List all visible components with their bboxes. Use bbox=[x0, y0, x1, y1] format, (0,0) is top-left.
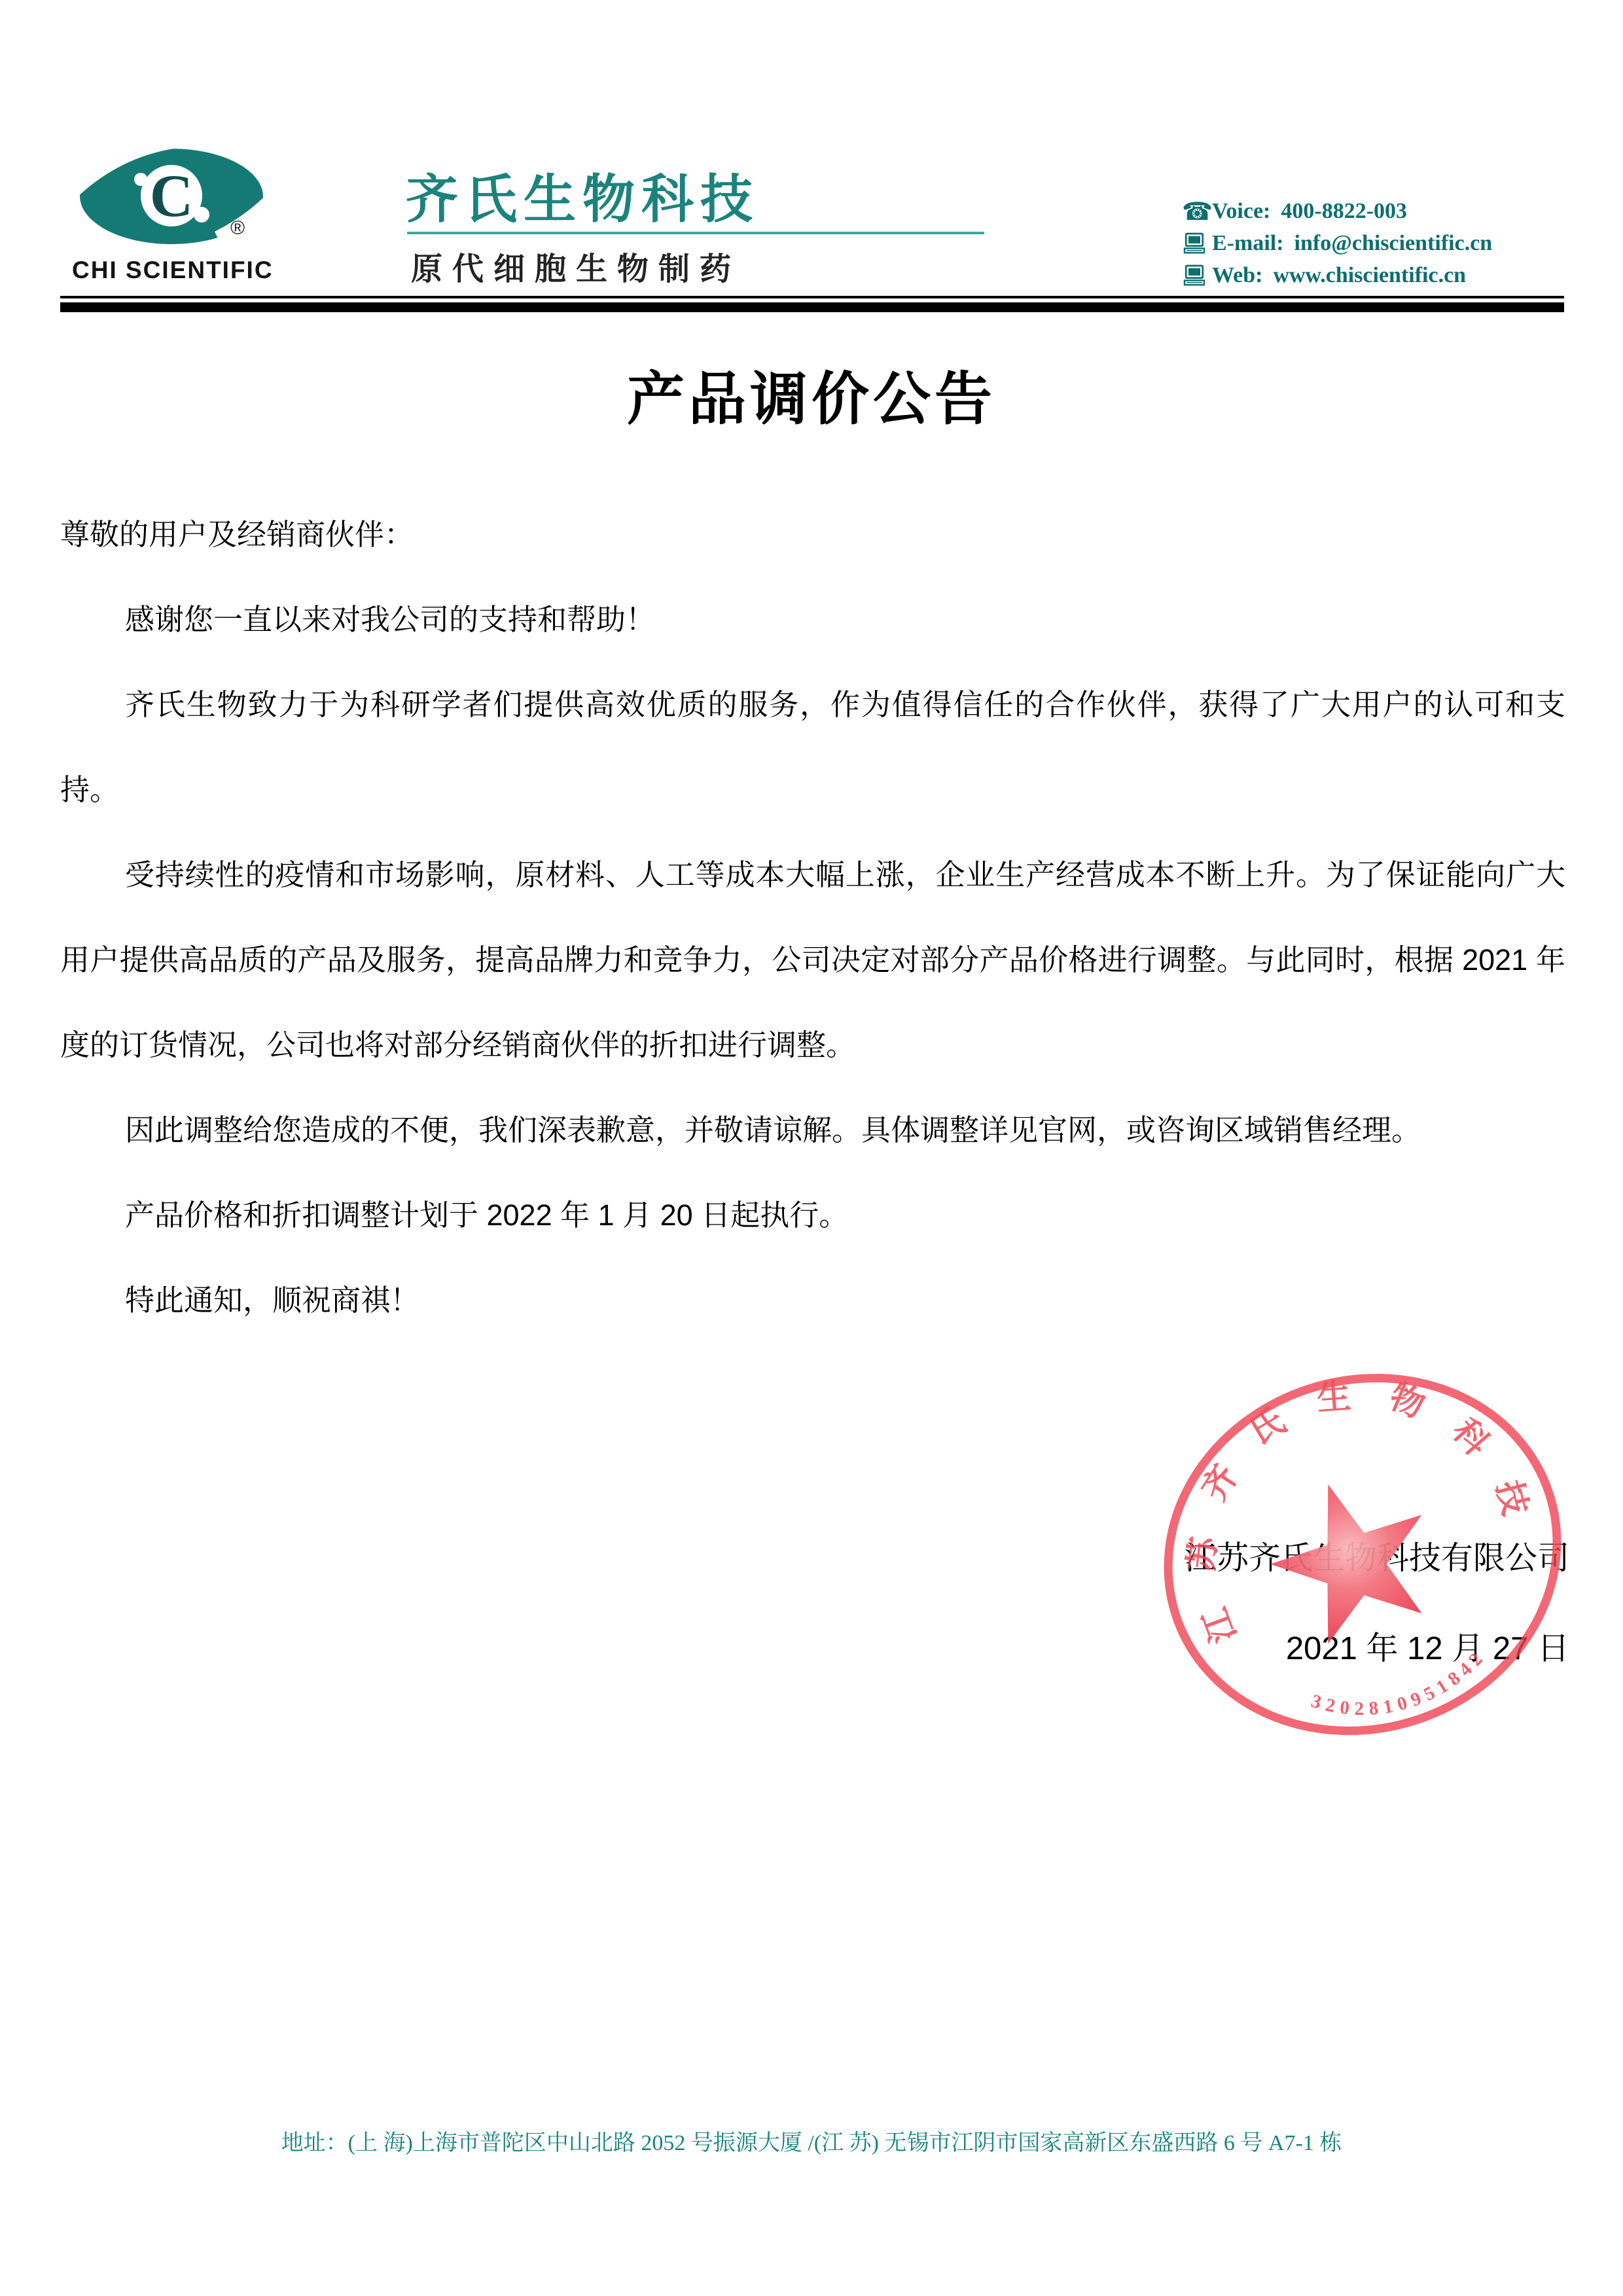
brand-name-chinese: 齐氏生物科技 bbox=[406, 157, 759, 232]
paragraph: 因此调整给您造成的不便，我们深表歉意，并敬请谅解。具体调整详见官网，或咨询区域销… bbox=[60, 1088, 1565, 1173]
website-url[interactable]: www.chiscientific.cn bbox=[1273, 263, 1466, 288]
contact-label: Web: bbox=[1212, 263, 1262, 288]
logo-brand-text: CHI SCIENTIFIC bbox=[72, 257, 274, 284]
brand-underline bbox=[407, 232, 984, 234]
contact-block: ☎ Voice: 400-8822-003 E-mail: info@chisc… bbox=[1182, 195, 1492, 291]
letter-body: 尊敬的用户及经销商伙伴： 感谢您一直以来对我公司的支持和帮助！ 齐氏生物致力于为… bbox=[60, 492, 1565, 1343]
salutation: 尊敬的用户及经销商伙伴： bbox=[60, 492, 1565, 577]
contact-row-web: Web: www.chiscientific.cn bbox=[1182, 259, 1492, 291]
header-rule-thin bbox=[60, 296, 1564, 298]
contact-row-email: E-mail: info@chiscientific.cn bbox=[1182, 227, 1492, 259]
paragraph: 特此通知，顺祝商祺！ bbox=[60, 1258, 1565, 1343]
paragraph: 感谢您一直以来对我公司的支持和帮助！ bbox=[60, 577, 1565, 662]
paragraph: 产品价格和折扣调整计划于 2022 年 1 月 20 日起执行。 bbox=[60, 1173, 1565, 1258]
footer-address: 地址：(上 海)上海市普陀区中山北路 2052 号振源大厦 /(江 苏) 无锡市… bbox=[0, 2125, 1623, 2157]
phone-number: 400-8822-003 bbox=[1281, 199, 1407, 224]
logo-monogram: C bbox=[150, 162, 193, 229]
company-seal-stamp: 江苏齐氏生物科技有限公司 3202810951842 bbox=[1152, 1371, 1577, 1744]
paragraph: 受持续性的疫情和市场影响，原材料、人工等成本大幅上涨，企业生产经营成本不断上升。… bbox=[60, 833, 1565, 1088]
page-title: 产品调价公告 bbox=[0, 353, 1623, 436]
contact-row-voice: ☎ Voice: 400-8822-003 bbox=[1182, 195, 1492, 227]
computer-icon bbox=[1182, 264, 1207, 287]
registered-trademark-icon: ® bbox=[230, 217, 245, 240]
brand-tagline: 原代细胞生物制药 bbox=[411, 243, 741, 289]
email-address[interactable]: info@chiscientific.cn bbox=[1294, 231, 1493, 256]
document-page: C ® CHI SCIENTIFIC 齐氏生物科技 原代细胞生物制药 ☎ Voi… bbox=[0, 0, 1623, 2296]
header-rule-thick bbox=[60, 302, 1564, 312]
contact-label: Voice: bbox=[1212, 199, 1270, 224]
seal-star-icon bbox=[1253, 1460, 1451, 1653]
contact-label: E-mail: bbox=[1212, 231, 1284, 256]
phone-icon: ☎ bbox=[1182, 199, 1213, 224]
paragraph: 齐氏生物致力于为科研学者们提供高效优质的服务，作为值得信任的合作伙伴，获得了广大… bbox=[60, 662, 1565, 833]
computer-icon bbox=[1182, 232, 1207, 255]
